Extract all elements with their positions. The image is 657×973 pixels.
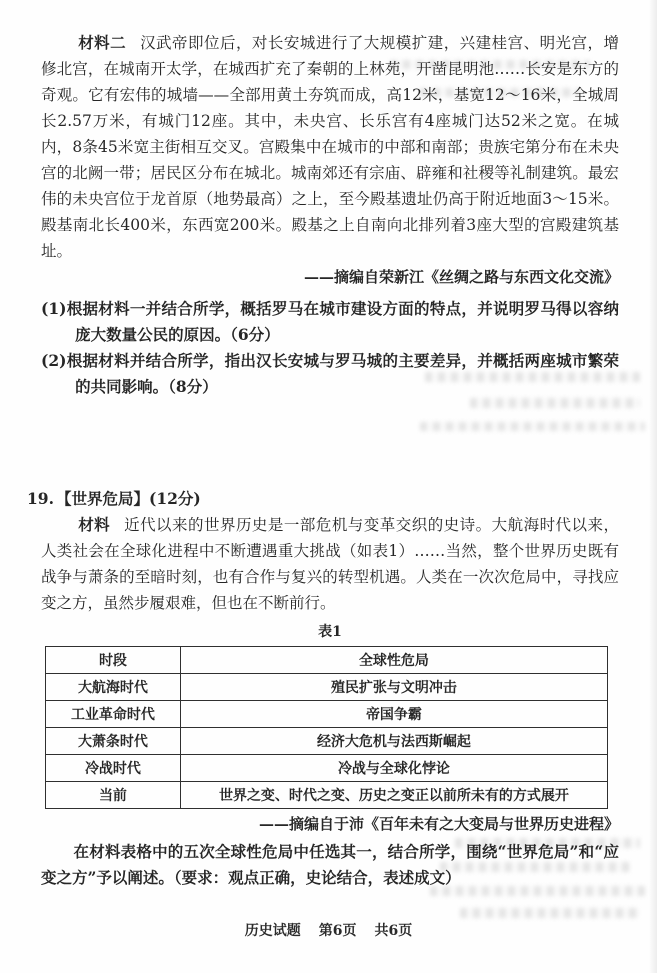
column-header-crisis: 全球性危局 [180,647,607,674]
material-2-text: 汉武帝即位后，对长安城进行了大规模扩建，兴建桂宫、明光宫，增修北宫，在城南开太学… [41,34,619,260]
question-19-task: 在材料表格中的五次全球性危局中任选其一，结合所学，围绕“世界危局”和“应变之方”… [41,839,619,891]
table-cell: 经济大危机与法西斯崛起 [180,728,607,755]
subquestion-1: (1)根据材料一并结合所学，概括罗马在城市建设方面的特点，并说明罗马得以容纳庞大… [41,296,619,348]
blank-gap [41,400,619,486]
question-19-number: 19. [27,489,54,508]
footer-page-number: 第6页 [319,923,357,939]
question-19-material: 材料近代以来的世界历史是一部危机与变革交织的史诗。大航海时代以来，人类社会在全球… [41,512,619,616]
footer-doc-title: 历史试题 [245,923,301,939]
subquestion-2: (2)根据材料并结合所学，指出汉长安城与罗马城的主要差异，并概括两座城市繁荣的共… [41,348,619,400]
question-19-attribution: ——摘编自于沛《百年未有之大变局与世界历史进程》 [41,811,619,837]
question-18-subquestions: (1)根据材料一并结合所学，概括罗马在城市建设方面的特点，并说明罗马得以容纳庞大… [41,296,619,400]
exam-page: 材料二汉武帝即位后，对长安城进行了大规模扩建，兴建桂宫、明光宫，增修北宫，在城南… [0,0,657,973]
question-19-score: (12分) [149,489,201,508]
crisis-table: 时段 全球性危局 大航海时代 殖民扩张与文明冲击 工业革命时代 帝国争霸 大萧条… [45,646,608,809]
table-cell: 冷战与全球化悖论 [180,755,607,782]
material-text: 近代以来的世界历史是一部危机与变革交织的史诗。大航海时代以来，人类社会在全球化进… [41,516,619,612]
footer-total-pages: 共6页 [375,923,413,939]
table-row: 冷战时代 冷战与全球化悖论 [46,755,608,782]
scan-page-edge [649,0,657,973]
page-content: 材料二汉武帝即位后，对长安城进行了大规模扩建，兴建桂宫、明光宫，增修北宫，在城南… [0,0,657,891]
table-row: 大航海时代 殖民扩张与文明冲击 [46,674,608,701]
material-2-attribution: ——摘编自荣新江《丝绸之路与东西文化交流》 [41,264,619,290]
table-header-row: 时段 全球性危局 [46,647,608,674]
material-2-label: 材料二 [78,33,126,52]
question-19-title: 【世界危局】 [56,489,149,508]
table-row: 大萧条时代 经济大危机与法西斯崛起 [46,728,608,755]
table-caption: 表1 [41,622,619,642]
material-2-paragraph: 材料二汉武帝即位后，对长安城进行了大规模扩建，兴建桂宫、明光宫，增修北宫，在城南… [41,30,619,264]
table-row: 当前 世界之变、时代之变、历史之变正以前所未有的方式展开 [46,782,608,809]
table-cell: 工业革命时代 [46,701,181,728]
column-header-period: 时段 [46,647,181,674]
table-cell: 殖民扩张与文明冲击 [180,674,607,701]
table-cell: 大萧条时代 [46,728,181,755]
table-cell: 世界之变、时代之变、历史之变正以前所未有的方式展开 [180,782,607,809]
table-cell: 大航海时代 [46,674,181,701]
table-cell: 帝国争霸 [180,701,607,728]
bleed-through-artifact [460,908,640,918]
page-footer: 历史试题第6页共6页 [0,920,657,940]
question-19-heading: 19.【世界危局】(12分) [27,486,619,512]
table-cell: 当前 [46,782,181,809]
table-cell: 冷战时代 [46,755,181,782]
material-label: 材料 [78,515,110,534]
table-row: 工业革命时代 帝国争霸 [46,701,608,728]
